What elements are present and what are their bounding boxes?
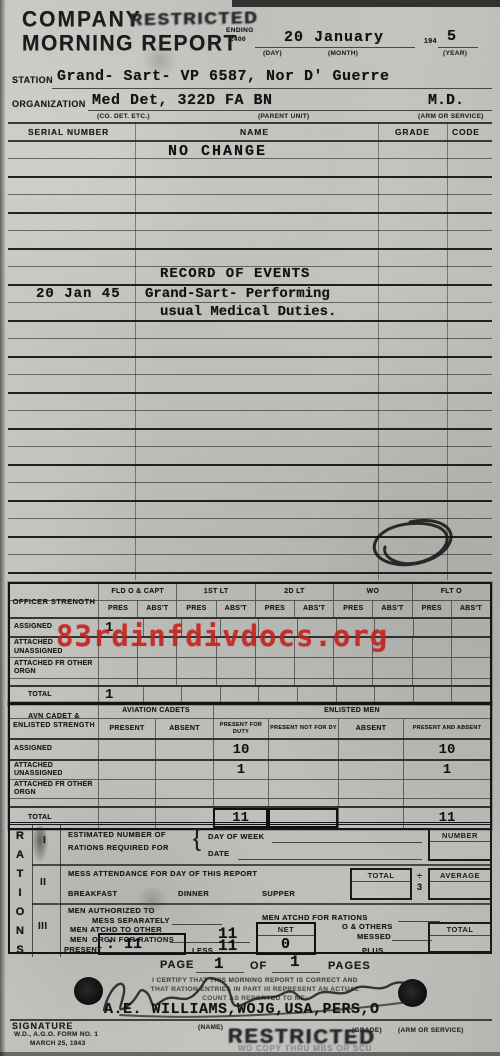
- col-grade: GRADE: [395, 127, 430, 137]
- officer-spacer-cell: [412, 679, 451, 685]
- day-label: (DAY): [263, 50, 282, 57]
- enlisted-attached-cell: 1: [213, 761, 268, 779]
- date-underline: [255, 47, 415, 48]
- station-label: STATION: [12, 75, 53, 85]
- officer-total-cell: [181, 687, 220, 703]
- divisor: 3: [417, 882, 422, 892]
- year-prefix: 194: [424, 38, 437, 45]
- enlisted-row-attached-unassigned-label: ATTACHED UNASSIGNED: [10, 761, 98, 779]
- rations-numeral-3: III: [38, 921, 48, 932]
- officer-spacer-cell: [98, 679, 137, 685]
- officer-total-cell: [413, 687, 452, 703]
- rations-section: RATIONS I II III ESTIMATED NUMBER OF RAT…: [8, 822, 492, 954]
- enlisted-spacer-cell: [98, 799, 155, 806]
- total-box-rations: TOTAL: [428, 922, 492, 953]
- officer-total-cell: [258, 687, 297, 703]
- enlisted-strength-title: AVN CADET & ENLISTED STRENGTH: [10, 704, 98, 739]
- rations-divider-2: [32, 903, 492, 905]
- officer-group-2d-lt: 2D LT: [255, 584, 333, 600]
- number-box: NUMBER: [428, 828, 492, 861]
- enlisted-row-attached-fr-label: ATTACHED FR OTHER ORGN: [10, 780, 98, 798]
- enlisted-assigned-cell: [338, 740, 403, 759]
- enlisted-attached-fr-cell: [338, 780, 403, 798]
- month-label: (MONTH): [328, 50, 358, 57]
- enlisted-assigned-cell: [155, 740, 213, 759]
- rations-vline-2: [60, 825, 61, 957]
- enlisted-spacer-cell: [213, 799, 268, 806]
- messed-label: MESSED: [357, 932, 391, 941]
- co-det-label: (CO. DET. ETC.): [97, 113, 150, 120]
- officer-spacer-cell: [137, 679, 176, 685]
- roster-vline-serial: [135, 122, 136, 580]
- officer-assigned-cell: [451, 619, 490, 636]
- officer-spacer-cell: [451, 679, 490, 685]
- divide-sign: ÷: [417, 871, 422, 881]
- enlisted-attached-fr-cell: [98, 780, 155, 798]
- no-change-entry: NO CHANGE: [168, 143, 267, 160]
- roster-vline-grade: [378, 122, 379, 580]
- officer-total-cell: [336, 687, 375, 703]
- enlisted-spacer-cell: [155, 799, 213, 806]
- date-value: 20 January: [284, 29, 384, 46]
- officer-attached-fr-cell: [294, 658, 333, 678]
- dinner-label: DINNER: [178, 889, 209, 898]
- plus-label: PLUS: [362, 946, 384, 955]
- officer-row-total-label: TOTAL: [10, 687, 98, 703]
- men-present-label2: PRESENT: [64, 945, 102, 954]
- messed-underline: [392, 940, 432, 941]
- roster-vline-code: [447, 122, 448, 580]
- officer-attached-fr-cell: [255, 658, 294, 678]
- officer-sub-pres: PRES: [176, 601, 215, 617]
- enlisted-attached-fr-cell: [268, 780, 338, 798]
- net-box-label: NET: [258, 924, 314, 936]
- scan-edge-top: [232, 0, 500, 7]
- enlisted-col-present-not-for-dy: PRESENT NOT FOR DY: [268, 719, 338, 738]
- officer-attached-fr-cell: [333, 658, 372, 678]
- enlisted-assigned-cell: [268, 740, 338, 759]
- officer-sub-pres: PRES: [412, 601, 451, 617]
- station-value: Grand- Sart- VP 6587, Nor D' Guerre: [57, 68, 390, 85]
- col-name: NAME: [240, 127, 269, 137]
- enlisted-col-present: PRESENT: [98, 719, 155, 738]
- officer-sub-abst: ABS'T: [216, 601, 255, 617]
- year-label: (YEAR): [443, 50, 467, 57]
- less-label: LESS: [192, 946, 213, 955]
- organization-underline: [88, 110, 492, 111]
- mess-attendance-label: MESS ATTENDANCE FOR DAY OF THIS REPORT: [68, 869, 257, 878]
- officer-attached-fr-cell: [176, 658, 215, 678]
- enlisted-attached-fr-cell: [403, 780, 490, 798]
- estimated-number-label2: RATIONS REQUIRED FOR: [68, 843, 169, 852]
- signature-rule: [10, 1019, 492, 1021]
- officer-strength-title: OFFICER STRENGTH: [10, 584, 98, 619]
- officer-attached-fr-cell: [372, 658, 411, 678]
- enlisted-attached-cell: [155, 761, 213, 779]
- officer-sub-pres: PRES: [98, 601, 137, 617]
- officer-spacer-cell: [372, 679, 411, 685]
- men-authorized-label: MEN AUTHORIZED TO: [68, 906, 155, 915]
- officer-attached-fr-cell: [412, 658, 451, 678]
- enlisted-attached-cell: 1: [403, 761, 490, 779]
- officer-spacer-cell: [294, 679, 333, 685]
- enlisted-attached-cell: [338, 761, 403, 779]
- organization-value: Med Det, 322D FA BN: [92, 92, 273, 109]
- officer-group-wo: WO: [333, 584, 411, 600]
- officer-assigned-cell: [413, 619, 452, 636]
- estimated-number-label1: ESTIMATED NUMBER OF: [68, 830, 166, 839]
- officer-spacer-cell: [176, 679, 215, 685]
- net-value: 0: [281, 936, 290, 953]
- officer-attached-cell: [451, 638, 490, 657]
- number-box-label: NUMBER: [430, 830, 490, 842]
- col-code: CODE: [452, 127, 480, 137]
- date-label: DATE: [208, 849, 229, 858]
- event-line1: Grand-Sart- Performing: [145, 286, 330, 302]
- officer-sub-pres: PRES: [333, 601, 372, 617]
- roster-top-rule: [8, 122, 492, 124]
- officer-total-cell: [143, 687, 182, 703]
- scan-edge-left: [0, 0, 6, 1056]
- station-underline: [52, 88, 492, 89]
- arm-service-label: (ARM OR SERVICE): [418, 113, 484, 120]
- organization-label: ORGANIZATION: [12, 99, 86, 109]
- event-line2: usual Medical Duties.: [160, 304, 336, 320]
- brace-glyph: {: [193, 825, 201, 853]
- year-underline: [438, 47, 478, 48]
- officer-group-fldo-capt: FLD O & CAPT: [98, 584, 176, 600]
- year-value: 5: [447, 28, 456, 45]
- officer-sub-abst: ABS'T: [137, 601, 176, 617]
- officer-sub-abst: ABS'T: [451, 601, 490, 617]
- officer-attached-fr-cell: [98, 658, 137, 678]
- enlisted-col-absent: ABSENT: [155, 719, 213, 738]
- form-number-line2: MARCH 25, 1943: [30, 1040, 86, 1047]
- enlisted-attached-cell: [98, 761, 155, 779]
- enlisted-spacer-cell: [268, 799, 338, 806]
- average-box: AVERAGE: [428, 868, 492, 900]
- total-box-mess-label: TOTAL: [352, 870, 410, 882]
- rations-numeral-2: II: [40, 877, 46, 888]
- officer-group-1st-lt: 1ST LT: [176, 584, 254, 600]
- rations-vline-1: [32, 825, 33, 957]
- form-title-line1: COMPANY: [22, 7, 142, 32]
- rations-numeral-1: I: [43, 835, 46, 846]
- watermark-text: 83rdinfdivdocs.org: [56, 619, 388, 653]
- morning-report-scan: COMPANY MORNING REPORT RESTRICTED ENDING…: [0, 0, 500, 1056]
- enlisted-assigned-cell: [98, 740, 155, 759]
- arm-caption-label: (ARM OR SERVICE): [398, 1027, 464, 1034]
- enlisted-spacer-row: [10, 799, 98, 806]
- enlisted-col-present-for-duty: PRESENT FOR DUTY: [213, 719, 268, 738]
- signature-label: SIGNATURE: [12, 1021, 73, 1031]
- officer-total-cell: [451, 687, 490, 703]
- day-of-week-underline: [272, 842, 422, 843]
- date-line-underline: [238, 859, 422, 860]
- officer-attached-fr-cell: [216, 658, 255, 678]
- officer-total-cell: [374, 687, 413, 703]
- pen-scribble-oval: [358, 513, 463, 575]
- officer-total-cell: [220, 687, 259, 703]
- officer-attached-cell: [412, 638, 451, 657]
- parent-unit-label: (PARENT UNIT): [258, 113, 309, 120]
- net-box: NET 0: [256, 922, 316, 955]
- o-and-others-label: O & OTHERS: [342, 922, 393, 931]
- arm-of-service-value: M.D.: [428, 92, 464, 109]
- day-of-week-label: DAY OF WEEK: [208, 832, 265, 841]
- officer-spacer-cell: [216, 679, 255, 685]
- men-present-value: : 11: [106, 936, 142, 953]
- ending-label-line2: 2400: [230, 36, 246, 43]
- officer-sub-abst: ABS'T: [372, 601, 411, 617]
- enlisted-assigned-cell: 10: [403, 740, 490, 759]
- total-box-rations-label: TOTAL: [430, 924, 490, 936]
- rations-divider-1: [32, 864, 492, 866]
- event-date: 20 Jan 45: [36, 286, 121, 302]
- enlisted-strength-table: AVN CADET & ENLISTED STRENGTH AVIATION C…: [8, 702, 492, 830]
- officer-group-flt-o: FLT O: [412, 584, 490, 600]
- total-box-mess: TOTAL: [350, 868, 412, 900]
- officer-sub-abst: ABS'T: [294, 601, 333, 617]
- enlisted-col-present-and-absent: PRESENT AND ABSENT: [403, 719, 490, 738]
- form-number-line1: W.D., A.G.O. FORM NO. 1: [14, 1031, 98, 1038]
- officer-attached-fr-cell: [451, 658, 490, 678]
- officer-spacer-row: [10, 679, 98, 685]
- officer-spacer-cell: [255, 679, 294, 685]
- wd-copy-label: WD COPY THRU MBS OR SCU: [238, 1044, 372, 1053]
- breakfast-label: BREAKFAST: [68, 889, 117, 898]
- men-atchd-for-rations-label: MEN ATCHD FOR RATIONS: [262, 913, 368, 922]
- col-serial-number: SERIAL NUMBER: [28, 127, 109, 137]
- enlisted-spacer-cell: [338, 799, 403, 806]
- mess-separately-label: MESS SEPARATELY: [92, 916, 170, 925]
- enlisted-attached-cell: [268, 761, 338, 779]
- officer-spacer-cell: [333, 679, 372, 685]
- signed-name-typed: A.E. WILLIAMS,WOJG,USA,PERS,O: [104, 1001, 380, 1018]
- form-title-line2: MORNING REPORT: [22, 31, 238, 56]
- enlisted-attached-fr-cell: [155, 780, 213, 798]
- men-present-box: : 11: [98, 933, 186, 955]
- enlisted-attached-fr-cell: [213, 780, 268, 798]
- mess-separately-underline: [172, 924, 222, 925]
- supper-label: SUPPER: [262, 889, 295, 898]
- officer-row-attached-fr-label: ATTACHED FR OTHER ORGN: [10, 658, 98, 678]
- ending-label-line1: ENDING: [226, 27, 254, 34]
- enlisted-col-absent2: ABSENT: [338, 719, 403, 738]
- enlisted-spacer-cell: [403, 799, 490, 806]
- officer-sub-pres: PRES: [255, 601, 294, 617]
- officer-total-cell: [297, 687, 336, 703]
- enlisted-group-aviation-cadets: AVIATION CADETS: [98, 704, 213, 718]
- enlisted-group-enlisted-men: ENLISTED MEN: [213, 704, 490, 718]
- name-caption-label: (NAME): [198, 1024, 223, 1031]
- enlisted-row-assigned-label: ASSIGNED: [10, 740, 98, 759]
- officer-attached-fr-cell: [137, 658, 176, 678]
- officer-total-cell: 1: [98, 687, 143, 703]
- average-box-label: AVERAGE: [430, 870, 490, 882]
- enlisted-assigned-cell: 10: [213, 740, 268, 759]
- record-of-events-title: RECORD OF EVENTS: [160, 266, 310, 282]
- rations-side-label: RATIONS: [14, 830, 26, 952]
- less-value: 11: [218, 937, 237, 955]
- men-present-label1: MEN: [70, 935, 88, 944]
